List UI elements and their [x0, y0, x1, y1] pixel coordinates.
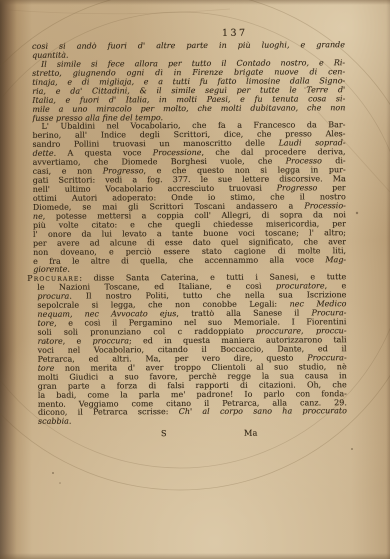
- body-text: e fra le altre di quella, che accennammo…: [33, 256, 325, 266]
- italic-text: Processio-: [304, 202, 346, 210]
- body-text: A questa voce: [56, 148, 153, 158]
- italic-text: Proccura-: [307, 354, 346, 362]
- body-text: , e: [63, 336, 93, 345]
- body-text: , e che questo non si legga in pur-: [143, 166, 345, 175]
- body-text: mento. Veggiamo come citano il Petrarca,…: [38, 399, 347, 409]
- italic-text: tore: [38, 363, 55, 372]
- body-text: Petrarca, ed altri. Ma, per vero dire, q…: [38, 354, 308, 364]
- italic-text: scabbia: [38, 417, 69, 426]
- body-text: avvertiamo, che Diomede Borghesi vuole, …: [33, 157, 286, 167]
- italic-text: tore: [37, 319, 54, 328]
- text-line: scabbia.: [38, 417, 347, 428]
- body-text: dicono, il Petrarca scrisse:: [38, 408, 179, 418]
- italic-text: ne: [33, 212, 43, 221]
- body-text: Diomede, se mai gli Scrittori Toscani an…: [33, 202, 305, 212]
- body-text: soli soli pronunziano col c raddoppiato: [37, 327, 256, 337]
- italic-text: ratore: [38, 337, 63, 346]
- body-text: per: [317, 184, 345, 192]
- body-text: sepolcrale si legga, che non conobbe Leg…: [37, 300, 289, 310]
- italic-text: Procura-: [311, 309, 346, 317]
- italic-text: Ch' al corpo sano ha proccurato: [179, 408, 347, 417]
- italic-text: Progresso: [277, 184, 318, 192]
- body-text: , e: [325, 282, 347, 290]
- body-text: sandro Pollini truovasi un manoscritto d…: [33, 139, 279, 149]
- italic-text: mile a uno miracolo per molto, che molti…: [32, 104, 345, 114]
- italic-text: nequam, nec Avvocato ejus: [37, 309, 176, 319]
- body-text: .: [69, 417, 72, 426]
- text-line: mile a uno miracolo per molto, che molti…: [32, 104, 345, 115]
- paragraphs: così si andò fuori d' altre parte in più…: [32, 41, 347, 427]
- italic-text: proccura: [93, 336, 130, 345]
- body-text: le Nazioni Toscane, ed Italiane, e così: [37, 282, 276, 292]
- text-line: così si andò fuori d' altre parte in più…: [32, 41, 345, 52]
- signature-line: S Ma: [34, 427, 347, 440]
- italic-text: procuratore: [276, 282, 325, 290]
- italic-text: Il simile si fece allora per tutto il Co…: [41, 59, 345, 69]
- body-text: : disse Santa Caterina, e tutti i Sanesi…: [79, 274, 346, 283]
- italic-text: procura: [37, 292, 69, 301]
- italic-text: Processione: [153, 148, 202, 157]
- paragraph-quote-continuation: così si andò fuori d' altre parte in più…: [32, 41, 345, 61]
- signature-mark: S: [161, 428, 167, 438]
- body-text: .: [67, 265, 70, 274]
- body-text: , e così il Pergamino nel suo Memoriale.…: [54, 318, 346, 328]
- entry-headword: Procurare: [27, 274, 79, 283]
- body-text: , trattò alla Sanese il: [176, 309, 311, 318]
- body-text: , potesse mettersi a coppia coll' Allegr…: [43, 211, 346, 221]
- body-text: nell' ultimo Vocabolario accresciuto tru…: [33, 184, 277, 194]
- text-block: 137 così si andò fuori d' altre parte in…: [32, 28, 347, 440]
- paragraph-procurare: Procurare: disse Santa Caterina, e tutti…: [33, 274, 347, 428]
- paragraph-ubaldini: L' Ubaldini nel Vocabolario, che fa a Fr…: [32, 122, 346, 276]
- italic-text: Progresso: [103, 166, 144, 175]
- italic-text: quantità.: [32, 51, 69, 60]
- italic-text: dette.: [33, 149, 57, 158]
- italic-text: proccurare: [256, 327, 301, 335]
- body-text: . Il nostro Politi, tutto che nella sua …: [69, 291, 346, 300]
- body-text: di-: [322, 157, 346, 165]
- italic-text: Laudi soprad-: [279, 139, 346, 147]
- body-text: gati Scrittori: vedi a fog. 377. le sue …: [33, 175, 346, 185]
- body-text: L' Ubaldini nel Vocabolario, che fa a Fr…: [41, 122, 345, 132]
- catchword: Ma: [244, 428, 257, 438]
- body-text: gran parte a forza di falsi rapporti di …: [38, 381, 347, 391]
- italic-text: nec Medico: [290, 300, 347, 308]
- body-text: ,: [301, 327, 316, 335]
- italic-text: giorente: [33, 265, 67, 274]
- body-text: la badi, come la parla me' padrone! Io p…: [38, 390, 347, 400]
- body-text: non merita d' aver troppo Clientoli al s…: [54, 363, 346, 373]
- italic-text: così si andò fuori d' altre parte in più…: [32, 41, 345, 51]
- body-text: casi, e non: [33, 167, 103, 176]
- italic-text: Processo: [286, 157, 322, 165]
- scanned-book-page: 137 così si andò fuori d' altre parte in…: [0, 0, 390, 559]
- body-text: molti Giudici a suo favore, perchè regge…: [38, 372, 347, 382]
- body-text: berino, all' Indice degli Scrittori, dic…: [32, 131, 345, 141]
- paragraph-quote: Il simile si fece allora per tutto il Co…: [32, 59, 345, 123]
- italic-text: Mag-: [325, 256, 346, 264]
- italic-text: proccu-: [316, 327, 347, 335]
- italic-text: fusse presso alla fine del tempo.: [32, 113, 163, 123]
- body-text: voci nel Vocabolario, citando il Boccacc…: [38, 345, 347, 355]
- body-text: ; ed in questa maniera autorizzarono tal…: [129, 336, 347, 345]
- body-text: , che dal procedere deriva,: [201, 148, 345, 157]
- page-number: 137: [222, 28, 248, 39]
